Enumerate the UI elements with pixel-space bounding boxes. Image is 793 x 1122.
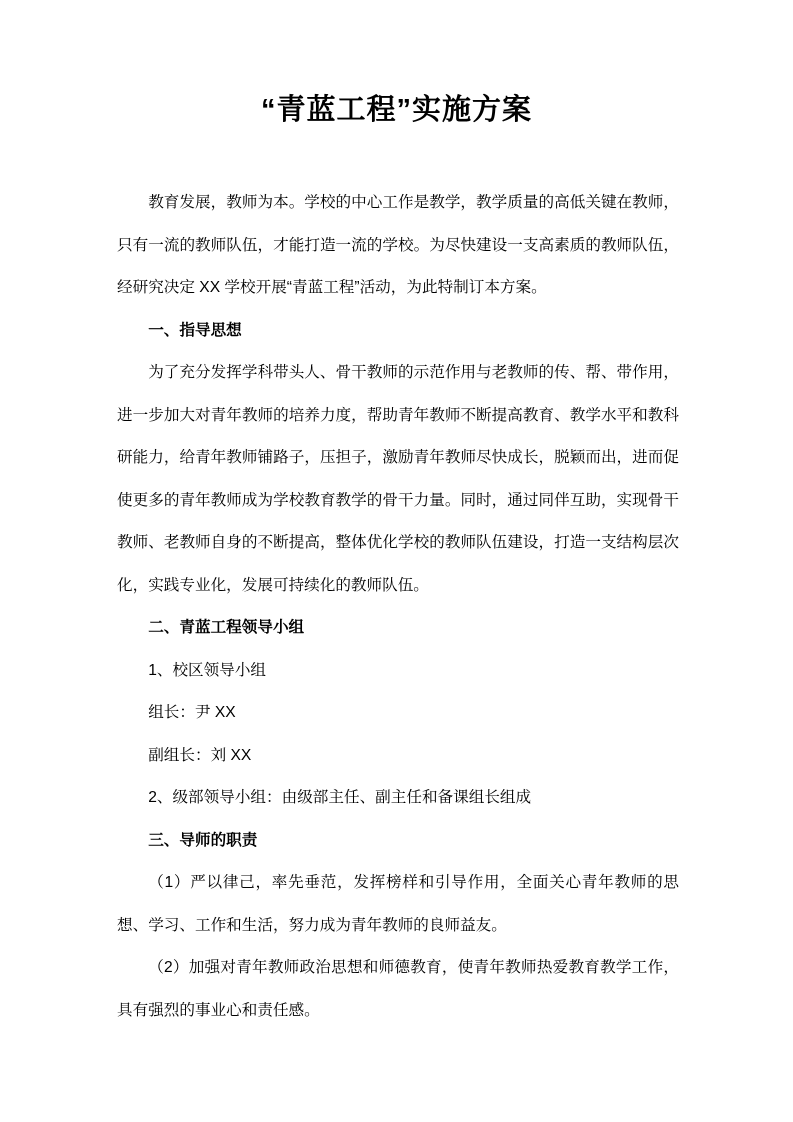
campus-leading-group-item: 1、校区领导小组 [117, 650, 679, 693]
mentor-duty-2-paragraph: （2）加强对青年教师政治思想和师德教育，使青年教师热爱教育教学工作，具有强烈的事… [117, 947, 679, 1032]
grade-leading-group-item: 2、级部领导小组：由级部主任、副主任和备课组长组成 [117, 777, 679, 820]
mentor-duty-1-paragraph: （1）严以律己，率先垂范，发挥榜样和引导作用，全面关心青年教师的思想、学习、工作… [117, 862, 679, 947]
group-leader-line: 组长：尹 XX [117, 692, 679, 735]
section-heading-leading-group: 二、青蓝工程领导小组 [117, 607, 679, 650]
guiding-ideology-paragraph: 为了充分发挥学科带头人、骨干教师的示范作用与老教师的传、帮、带作用，进一步加大对… [117, 352, 679, 607]
intro-paragraph: 教育发展，教师为本。学校的中心工作是教学，教学质量的高低关键在教师，只有一流的教… [117, 182, 679, 310]
document-page: “青蓝工程”实施方案 教育发展，教师为本。学校的中心工作是教学，教学质量的高低关… [0, 0, 793, 1122]
section-heading-mentor-duties: 三、导师的职责 [117, 820, 679, 863]
section-heading-guiding-ideology: 一、指导思想 [117, 310, 679, 353]
document-body: 教育发展，教师为本。学校的中心工作是教学，教学质量的高低关键在教师，只有一流的教… [0, 182, 793, 1032]
deputy-group-leader-line: 副组长：刘 XX [117, 735, 679, 778]
document-title: “青蓝工程”实施方案 [0, 0, 793, 135]
